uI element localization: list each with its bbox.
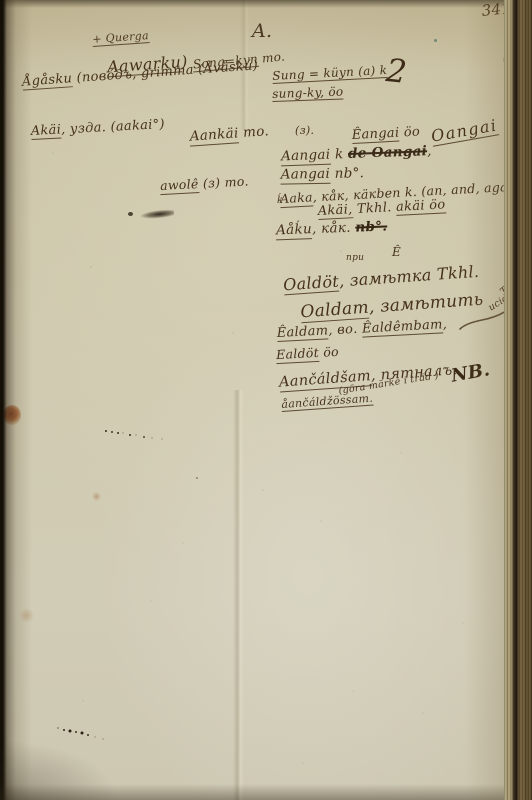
brace-mark: 2: [384, 54, 408, 90]
fox-stain-faint: [19, 609, 34, 622]
paper-noise-specks: [0, 0, 2, 2]
manuscript-page: 341 A. + Querga Aawarku) Song=kyn mo. Åg…: [0, 0, 532, 800]
entry-sung-kyyn: Sung = küyn (a) k: [272, 64, 388, 84]
entry-song-kyn-rest: mo.: [257, 49, 285, 65]
entry-agasku-gloss: (пово́дъ, grimma (Åvåskú): [72, 58, 259, 86]
ink-speck-trail-bottom: [57, 727, 59, 729]
page-number: 341: [481, 1, 512, 20]
green-speck: [434, 39, 437, 42]
entry-aaku-mid: , кåк.: [312, 220, 356, 238]
entry-oangai-flourish: Oangai: [430, 117, 499, 147]
entry-awole-rest: (з) mo.: [198, 174, 249, 192]
ink-speck-trail-middle: [105, 430, 107, 432]
entry-aaku-word: Aåḱu: [276, 221, 312, 240]
entry-aaku: Aåḱu, кåк. nb°.: [257, 205, 388, 252]
entry-awole: awolê (з) mo.: [142, 161, 250, 206]
ink-smudge-dot: [128, 212, 133, 216]
fox-stain-small: [92, 492, 101, 501]
entry-awole-word: awolê: [160, 176, 199, 194]
entry-aankai-word: Aankäi: [189, 125, 239, 146]
bottom-left-corner-shadow: [0, 740, 120, 800]
entry-agasku: Ågåsku (пово́дъ, grimma (Åvåskú): [3, 45, 259, 104]
fox-stain-large: [3, 405, 21, 425]
entry-aaku-struck: nb°.: [355, 219, 387, 236]
entry-ealdam-comma: ,: [442, 317, 447, 332]
tkhl-abbrev-margin: Tkhl.: [505, 128, 528, 153]
e-superscript: Ê: [392, 246, 401, 259]
vertical-crease: [233, 390, 244, 800]
page-top-shadow: [0, 0, 532, 8]
entry-akai2-word2: akäi öo: [396, 197, 446, 216]
page-bottom-shadow: [0, 784, 532, 800]
superscript-k: ḱ: [277, 196, 283, 207]
ucida-margin-note: ucida: [487, 290, 516, 313]
entry-akai-word: Akäi: [30, 122, 61, 140]
margin-squiggle: [498, 32, 516, 80]
entry-akai-gloss: , узда. (aakai°): [61, 117, 166, 137]
binding-edge: [504, 0, 532, 800]
entry-aankai: Aankäi mo.: [170, 110, 270, 159]
nb-mark: NB.: [450, 361, 492, 386]
entry-agasku-word: Ågåsku: [22, 71, 73, 91]
entry-sung-ky: sung-ky, öo: [272, 86, 344, 103]
entry-akai: Akäi, узда. (aakai°): [12, 104, 166, 153]
entry-aangai-comma: ,: [427, 143, 432, 159]
ink-smudge: [138, 208, 175, 221]
entry-ealdembam-word: Êaldêmbam: [362, 317, 444, 338]
pri-superscript: при: [346, 254, 364, 263]
